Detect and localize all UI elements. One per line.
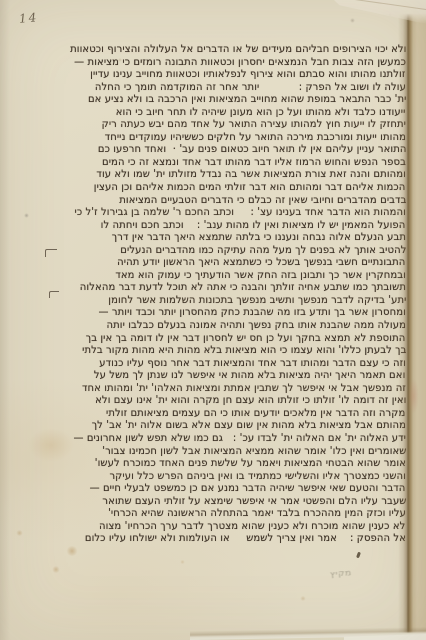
text-line: והמהות הוא הדבר אחד בענינו עצ' : וכתב הח… <box>57 207 406 220</box>
stain <box>300 596 306 601</box>
text-line: מעולה ממה שהבנת אותו בחק נפשך ותהיה אמונ… <box>57 320 406 333</box>
text-line: אל ההפסק : אמר ואין צריך לשמש או העולמות… <box>57 533 406 546</box>
text-line: התואר עניין עליהם אין לו תואר חיוב כטאום… <box>58 144 407 157</box>
text-line: וזה כי עצם הדבר ומהותו דבר אחד והמציאות … <box>57 358 406 371</box>
text-line: ייעודנו כלבד ולא מהותו ועל כן הוא מעונן … <box>56 107 405 120</box>
text-line: שעבר עליו הלם והפשטי אמר אי איפשר שימצא … <box>58 496 407 509</box>
text-line: ולא יכוי הצירופים חבליהם מעידים של או הד… <box>58 44 407 57</box>
text-line: ית' כבר התבאר במופת שהוא מחוייב המציאות … <box>58 94 407 107</box>
manuscript-page: 14 ולא יכוי הצירופים חבליהם מעידים של או… <box>0 0 426 640</box>
folio-number: 14 <box>18 10 38 26</box>
text-line: והשני כמצטרך אליו והשלישי כמתמיד בו ואין… <box>57 470 406 483</box>
text-line: בספר הנפש והחוש הרמוז אליו דבר מהותו דבר… <box>57 157 406 170</box>
pencil-inscription: מקיץ <box>330 569 352 580</box>
text-line: עליו וכזק המין מההכרח בלבד יאמר בהתחלה ה… <box>57 508 406 521</box>
text-line: הפועל המאמין יש לו מציאות ואין לו מהות ע… <box>56 220 405 233</box>
text-line: עולה לו ושוב אל הפרק : יותר אחר זה המוקד… <box>57 82 406 95</box>
text-line: זה מנפשך אבל אי איפשר לך שתבין אמתת ומצי… <box>57 383 406 396</box>
stain <box>16 530 23 536</box>
text-line: כמעשן הזה צבות חבל הנמצאים יחסרון וכטאוו… <box>57 56 406 69</box>
text-line: בדבים מהדברים וחיובי שאין זה כבלם כי הדב… <box>58 194 407 207</box>
text-line: שאומרים ואין כלו' אומר שהוא ממציא המציאו… <box>58 445 407 458</box>
text-line: אומר שהוא הבטחי המציאות ויאמר על שלשת פנ… <box>57 458 406 471</box>
text-line: תבע הנעלם אלוה נבחה ונעננו כי בלתה שתמצא… <box>57 232 406 245</box>
text-line: ומחסרון אשר בך ותדע בזו מה שהבנת כחק מהח… <box>57 307 406 320</box>
stain <box>180 560 185 564</box>
text-line: ואם תאמר היאך יהיה מציאות בלא מהות אי אי… <box>56 370 405 383</box>
text-line: יתחזק לו ייעות חוץ למהותו עצירה התואר על… <box>57 119 406 132</box>
text-line: הדבר והטעם שאי איפשר שיהיה הדבר נמנע אם … <box>56 483 405 496</box>
margin-flourish <box>45 249 57 257</box>
text-line: מקרה וזה הדבר אין מלאכים יודעים אותו כי … <box>56 408 405 421</box>
text-line: ואין זה דומה לו' זולתו כי זולתו הוא עצם … <box>58 395 407 408</box>
binding-gutter <box>398 0 426 640</box>
ink-speck <box>356 552 361 559</box>
text-line: מהותם אבל מציאות בלא מהות אין שום עצם אל… <box>57 420 406 433</box>
text-line: לא כענין שהוא מוכרח ולא כענין שהוא מצטרך… <box>56 521 405 534</box>
text-line: ובמחקרין אשר כך ותבונן בזה החק אשר הודעת… <box>57 270 406 283</box>
stain <box>350 18 355 23</box>
text-line: מהותו ייעות ומורכבת מירכה התואר על חלקים… <box>57 132 406 145</box>
stain <box>52 566 60 573</box>
text-line: יתע' בדיקה לדבר מנפשך ותשיב מנפשך בתכונו… <box>58 295 407 308</box>
text-line: להטיב אותך לא בפנים לך מעל מהה עתיקה כמו… <box>58 245 407 258</box>
stain <box>408 378 419 414</box>
text-line: ידע האלוה ית' אם האלוה ית' לבדו עכ' : גם… <box>57 433 406 446</box>
text-line: זולתנו מהותו והוא סבתם והוא צירוף לנפלאו… <box>56 69 405 82</box>
text-line: התבונתיים חשבי בנפשך בשכל כי כשתמצא היאך… <box>56 257 405 270</box>
text-line: ומהותם והנה זאת צורת המציאות אשר בה נבדל… <box>57 169 406 182</box>
stain <box>24 213 29 218</box>
margin-flourish <box>49 291 59 298</box>
stain <box>66 546 78 556</box>
text-line: הכמות אליהם דבר ומהותם הוא דבר זולתי המי… <box>56 182 405 195</box>
text-line: בך לבעתן כללו' והוא עצמו כי הוא מציאות ב… <box>58 345 407 358</box>
text-line: התוספת לא תמצא בחקך ועל כן חס יש לחסרון … <box>56 332 405 345</box>
text-line: תשובתך כמו שתבע אחיה זולתך והבנה כי אתה … <box>57 282 406 295</box>
text-block: ולא יכוי הצירופים חבליהם מעידים של או הד… <box>57 44 406 546</box>
